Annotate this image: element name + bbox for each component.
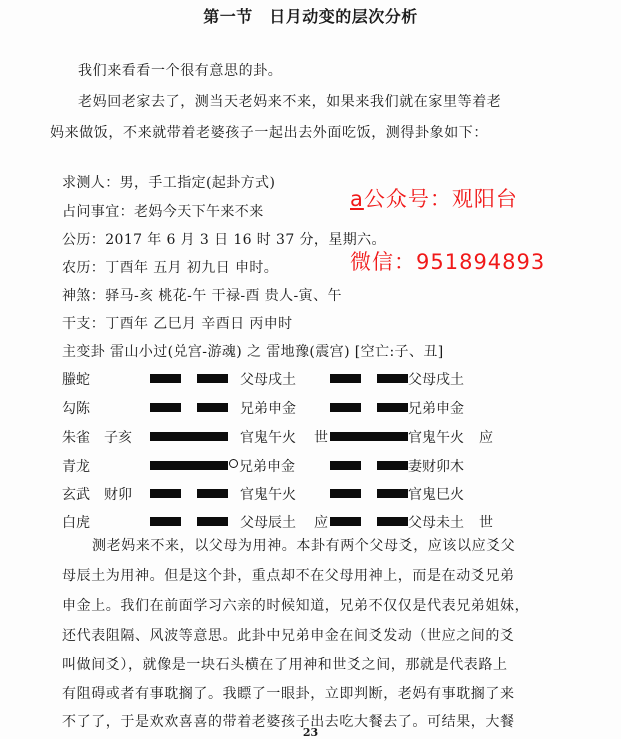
shensha-info: 神煞：驿马-亥 桃花-午 干禄-酉 贵人-寅、午: [62, 285, 342, 305]
intro-paragraph-line: 老妈回老家去了，测当天老妈来不来，如果来我们就在家里等着老: [78, 91, 501, 111]
main-yao-label: 官鬼午火: [240, 427, 296, 447]
changed-yao-label: 妻财卯木: [408, 456, 464, 476]
changed-yao-label: 官鬼巳火: [408, 484, 464, 504]
yao-row: 玄武财卯官鬼午火官鬼巳火: [62, 484, 562, 504]
yao-row: 勾陈兄弟申金兄弟申金: [62, 398, 562, 418]
main-yin-line-right: [197, 489, 228, 498]
six-god-label: 勾陈: [62, 398, 90, 418]
main-yin-line-left: [150, 517, 181, 526]
watermark-wechat: 微信：951894893: [350, 246, 545, 276]
intro-paragraph-line: 我们来看看一个很有意思的卦。: [78, 60, 282, 80]
change-yin-line-right: [377, 489, 408, 498]
change-yin-line-right: [377, 517, 408, 526]
main-yin-line-left: [150, 403, 181, 412]
watermark-prefix: a: [350, 187, 364, 211]
analysis-line: 有阻碍或者有事耽搁了。我瞟了一眼卦，立即判断，老妈有事耽搁了来: [62, 683, 515, 703]
change-yin-line-left: [330, 403, 361, 412]
lunar-date: 农历：丁酉年 五月 初九日 申时。: [62, 257, 278, 277]
main-yang-line: [150, 432, 228, 441]
main-yao-label: 父母辰土: [240, 512, 296, 532]
shi-ying-marker: 应: [314, 512, 328, 532]
watermark-public-account: a公众号：观阳台: [350, 183, 518, 213]
page-number: 23: [0, 726, 621, 739]
shi-ying-marker: 世: [479, 512, 493, 532]
analysis-line: 申金上。我们在前面学习六亲的时候知道，兄弟不仅仅是代表兄弟姐妹，: [62, 595, 529, 615]
hidden-spirit-label: 财卯: [104, 484, 132, 504]
moving-yao-icon: [229, 459, 238, 468]
main-yang-line: [150, 461, 228, 470]
main-yin-line-left: [150, 489, 181, 498]
shi-ying-marker: 应: [479, 427, 493, 447]
change-yin-line-left: [330, 461, 361, 470]
shi-ying-marker: 世: [314, 427, 328, 447]
section-title: 第一节 日月动变的层次分析: [0, 4, 621, 27]
intro-paragraph-line: 妈来做饭，不来就带着老婆孩子一起出去外面吃饭，测得卦象如下：: [50, 122, 488, 142]
analysis-line: 母辰土为用神。但是这个卦，重点却不在父母用神上，而是在动爻兄弟: [62, 565, 515, 585]
change-yang-line: [330, 432, 408, 441]
change-yin-line-right: [377, 403, 408, 412]
main-yao-label: 官鬼午火: [240, 484, 296, 504]
main-yin-line-right: [197, 403, 228, 412]
asker-info: 求测人：男，手工指定(起卦方式): [62, 172, 275, 192]
changed-yao-label: 父母戌土: [408, 369, 464, 389]
changed-yao-label: 父母未土: [408, 512, 464, 532]
book-page: 第一节 日月动变的层次分析 我们来看看一个很有意思的卦。 老妈回老家去了，测当天…: [0, 0, 621, 739]
yao-row: 朱雀子亥官鬼午火世官鬼午火应: [62, 427, 562, 447]
matter-info: 占问事宜：老妈今天下午来不来: [62, 201, 264, 221]
main-yin-line-left: [150, 374, 181, 383]
change-yin-line-right: [377, 374, 408, 383]
hidden-spirit-label: 子亥: [104, 427, 132, 447]
yao-row: 螣蛇父母戌土父母戌土: [62, 369, 562, 389]
main-yao-label: 兄弟申金: [240, 398, 296, 418]
six-god-label: 白虎: [62, 512, 90, 532]
main-yao-label: 兄弟申金: [239, 456, 295, 476]
six-god-label: 玄武: [62, 484, 90, 504]
analysis-line: 叫做间爻），就像是一块石头横在了用神和世爻之间，那就是代表路上: [62, 654, 508, 674]
six-god-label: 朱雀: [62, 427, 90, 447]
ganzhi-info: 干支：丁酉年 乙巳月 辛酉日 丙申时: [62, 313, 293, 333]
change-yin-line-left: [330, 489, 361, 498]
main-yao-label: 父母戌土: [240, 369, 296, 389]
watermark-text: 公众号：观阳台: [364, 187, 518, 211]
yao-row: 青龙兄弟申金妻财卯木: [62, 456, 562, 476]
six-god-label: 螣蛇: [62, 369, 90, 389]
change-yin-line-right: [377, 461, 408, 470]
six-god-label: 青龙: [62, 456, 90, 476]
changed-yao-label: 官鬼午火: [408, 427, 464, 447]
yao-row: 白虎父母辰土应父母未土世: [62, 512, 562, 532]
main-yin-line-right: [197, 374, 228, 383]
change-yin-line-left: [330, 374, 361, 383]
analysis-line: 还代表阻隔、风波等意思。此卦中兄弟申金在间爻发动（世应之间的爻: [62, 625, 515, 645]
solar-date: 公历：2017 年 6 月 3 日 16 时 37 分，星期六。: [62, 229, 386, 249]
analysis-line: 测老妈来不来，以父母为用神。本卦有两个父母爻，应该以应爻父: [92, 535, 515, 555]
change-yin-line-left: [330, 517, 361, 526]
changed-yao-label: 兄弟申金: [408, 398, 464, 418]
hexagram-info: 主变卦 雷山小过(兑宫-游魂) 之 雷地豫(震宫) [空亡:子、丑]: [62, 341, 444, 361]
main-yin-line-right: [197, 517, 228, 526]
